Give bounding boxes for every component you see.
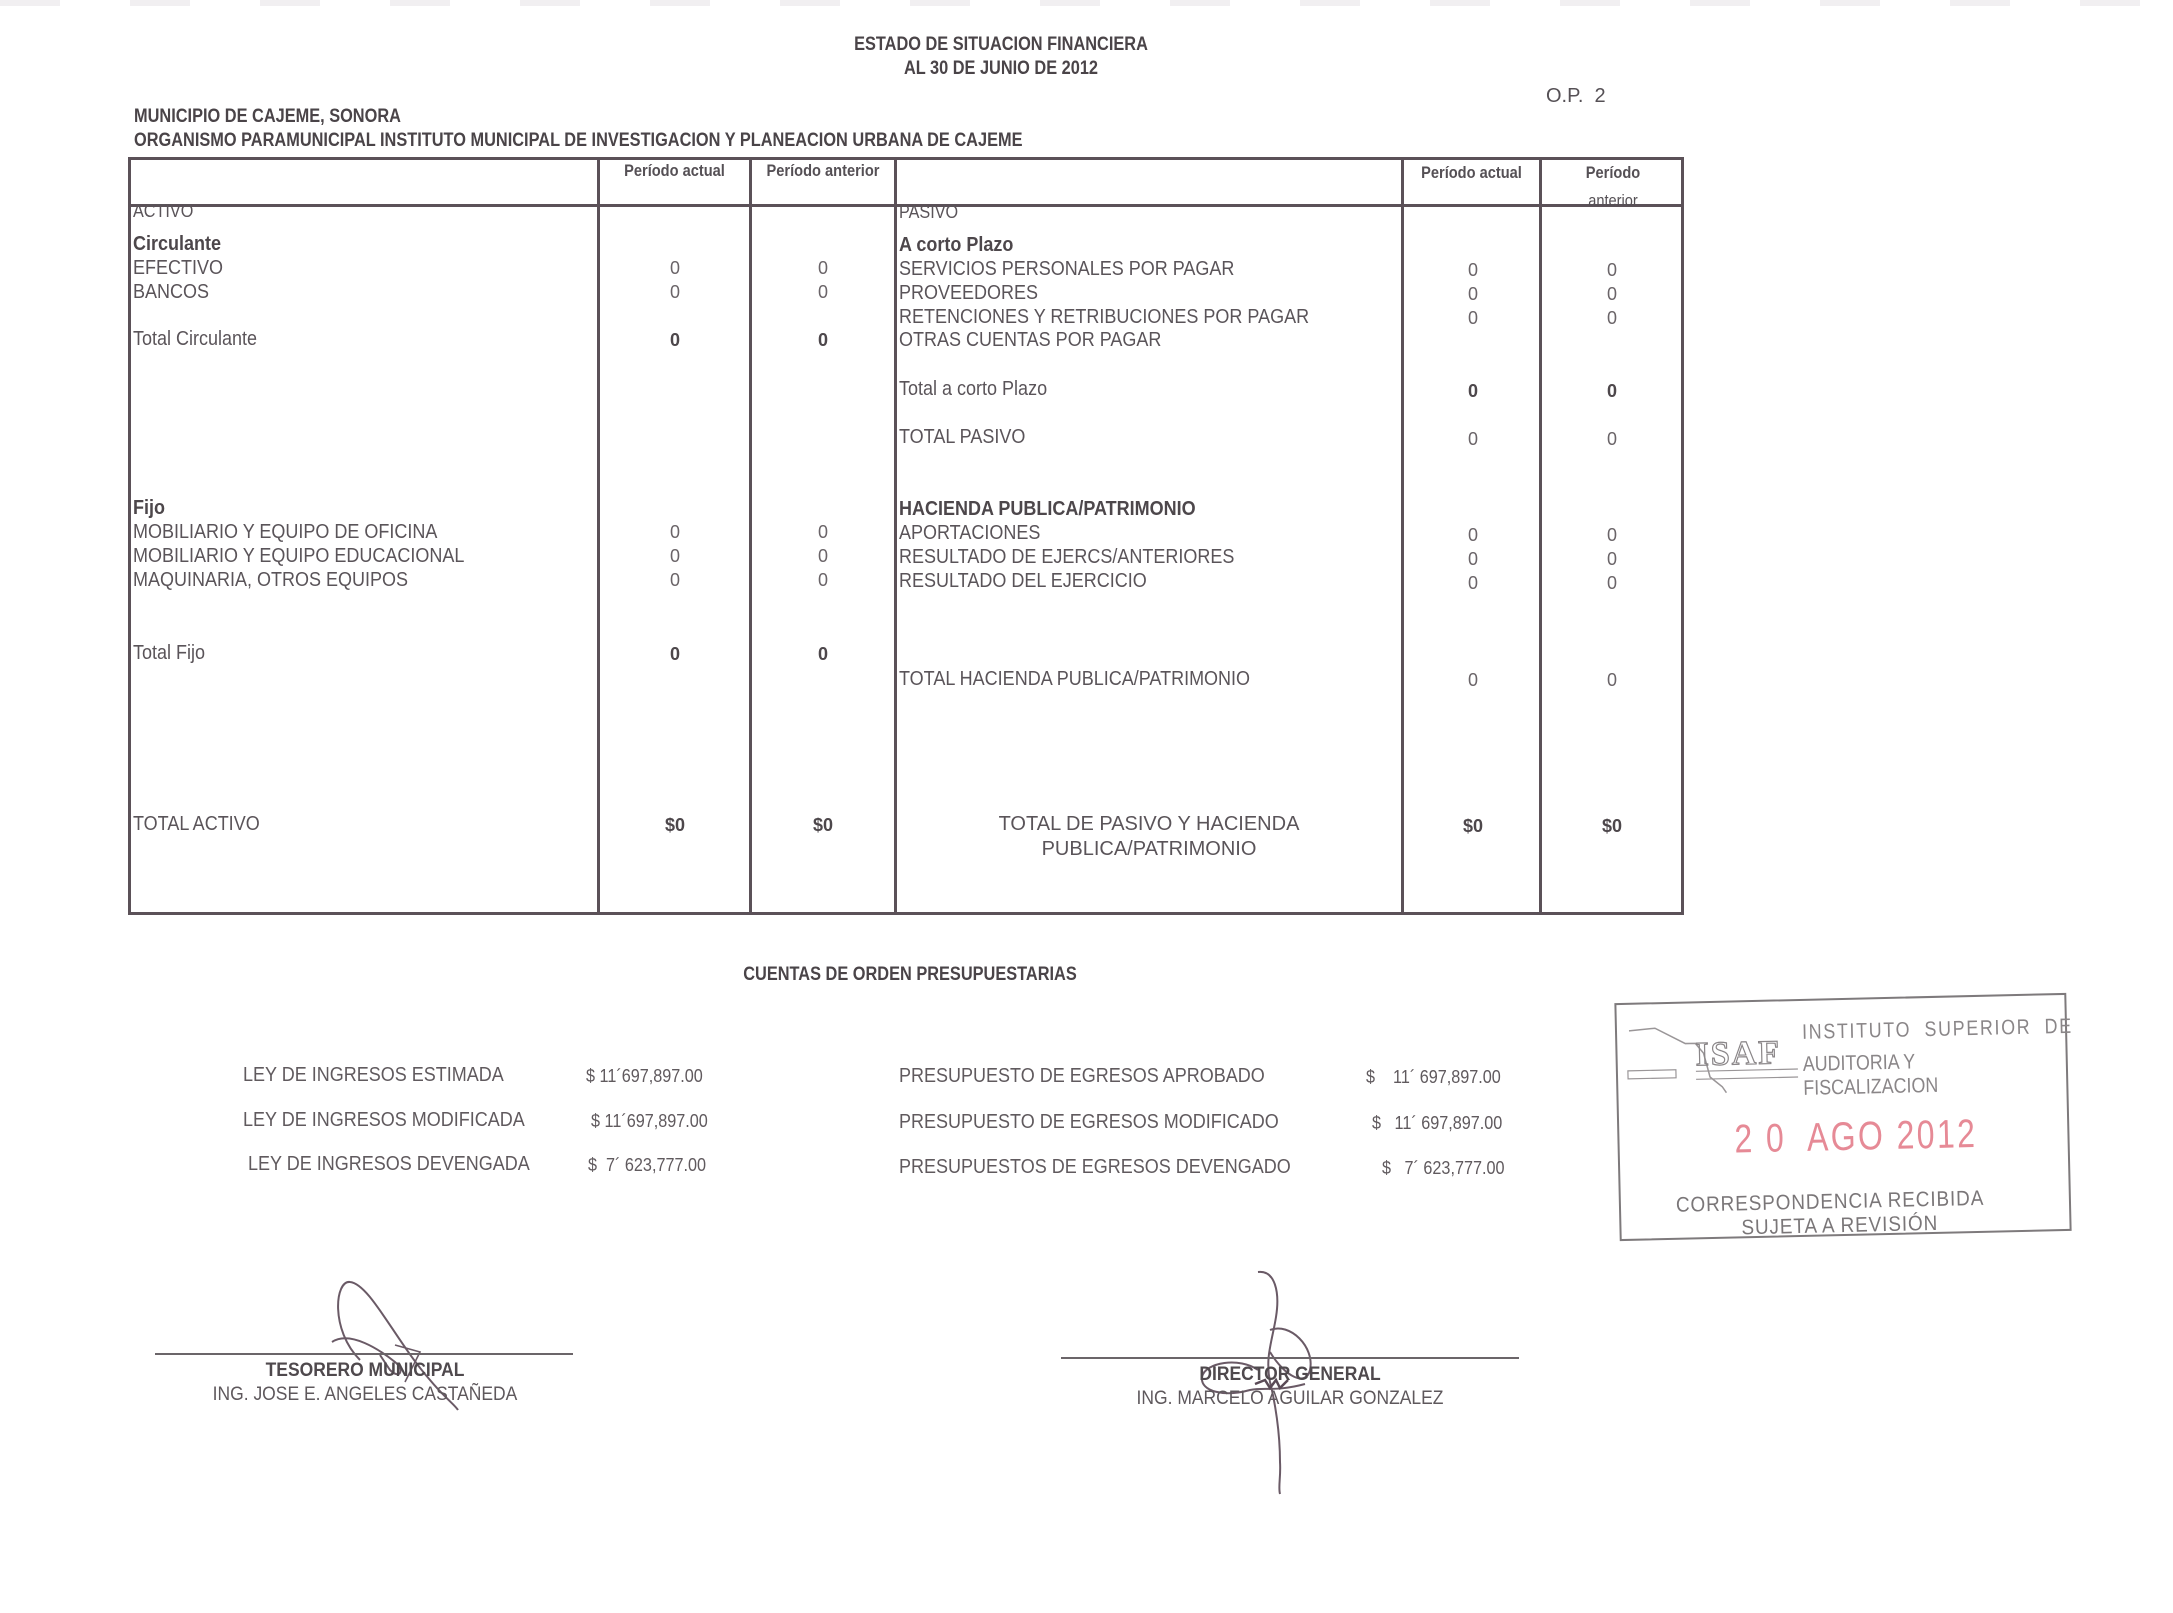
row-value-actual: 0 <box>1443 523 1503 547</box>
row-value-actual: 0 <box>1443 258 1503 282</box>
row-label: OTRAS CUENTAS POR PAGAR <box>899 328 1161 352</box>
stamp-line3: CORRESPONDENCIA RECIBIDA <box>1676 1187 1985 1218</box>
row-label-total-hacienda: TOTAL HACIENDA PUBLICA/PATRIMONIO <box>899 667 1250 691</box>
entity-name: MUNICIPIO DE CAJEME, SONORA <box>134 106 401 128</box>
row-value-actual: 0 <box>645 256 705 280</box>
total-pasivo-hacienda-line2: PUBLICA/PATRIMONIO <box>897 837 1401 862</box>
budget-label: PRESUPUESTOS DE EGRESOS DEVENGADO <box>899 1156 1291 1179</box>
row-value-anterior: 0 <box>1582 547 1642 571</box>
total-pasivo-hacienda-line1: TOTAL DE PASIVO Y HACIENDA <box>897 812 1401 837</box>
row-label: APORTACIONES <box>899 521 1040 545</box>
budget-value: $ 11´697,897.00 <box>586 1066 703 1087</box>
col-header-anterior-right: Período anterior <box>1552 159 1674 215</box>
signatory-name-treasurer: ING. JOSE E. ANGELES CASTAÑEDA <box>181 1384 549 1406</box>
row-value-actual: 0 <box>645 280 705 304</box>
budget-label: LEY DE INGRESOS ESTIMADA <box>243 1064 504 1087</box>
row-label: PROVEEDORES <box>899 281 1038 305</box>
row-value-actual: 0 <box>1443 668 1503 692</box>
row-value-actual: 0 <box>1443 306 1503 330</box>
row-value-anterior: 0 <box>1582 571 1642 595</box>
signatory-role-director: DIRECTOR GENERAL <box>1124 1364 1455 1386</box>
row-label-total-pasivo: TOTAL PASIVO <box>899 425 1025 449</box>
budget-value: $ 11´697,897.00 <box>591 1111 708 1132</box>
row-value-actual: 0 <box>645 544 705 568</box>
row-value-actual: 0 <box>1443 379 1503 403</box>
budget-label: PRESUPUESTO DE EGRESOS APROBADO <box>899 1065 1265 1088</box>
row-value-anterior: 0 <box>793 256 853 280</box>
row-value-anterior: 0 <box>1582 306 1642 330</box>
row-value-anterior: 0 <box>793 642 853 666</box>
row-value-actual: 0 <box>1443 571 1503 595</box>
cuentas-orden-title: CUENTAS DE ORDEN PRESUPUESTARIAS <box>695 964 1125 986</box>
row-label: EFECTIVO <box>133 256 223 280</box>
signatory-name-director: ING. MARCELO AGUILAR GONZALEZ <box>1106 1388 1474 1410</box>
row-label: MAQUINARIA, OTROS EQUIPOS <box>133 568 408 592</box>
document-title: ESTADO DE SITUACION FINANCIERA <box>851 34 1152 56</box>
row-label-total-pasivo-hacienda: TOTAL DE PASIVO Y HACIENDA PUBLICA/PATRI… <box>897 812 1401 862</box>
budget-value: $ 7´ 623,777.00 <box>1382 1158 1504 1179</box>
row-label: RETENCIONES Y RETRIBUCIONES POR PAGAR <box>899 305 1309 329</box>
row-value-anterior: 0 <box>1582 427 1642 451</box>
stamp-line4: SUJETA A REVISIÓN <box>1741 1212 1938 1240</box>
row-label: MOBILIARIO Y EQUIPO EDUCACIONAL <box>133 544 464 568</box>
group-corto-plazo: A corto Plazo <box>899 233 1013 257</box>
budget-value: $ 11´ 697,897.00 <box>1366 1067 1501 1088</box>
row-value-anterior: 0 <box>1582 282 1642 306</box>
col-divider <box>1539 157 1542 915</box>
col-header-anterior-left: Período anterior <box>762 157 884 185</box>
row-value-actual: 0 <box>645 642 705 666</box>
row-value-anterior: 0 <box>793 568 853 592</box>
isaf-logo-icon: ISAF <box>1625 1015 1802 1099</box>
document-date: AL 30 DE JUNIO DE 2012 <box>851 58 1152 80</box>
row-label-total-activo: TOTAL ACTIVO <box>133 812 260 836</box>
row-value-anterior: 0 <box>793 328 853 352</box>
col-divider <box>749 157 752 915</box>
row-value-actual: 0 <box>1443 282 1503 306</box>
budget-value: $ 7´ 623,777.00 <box>588 1155 706 1176</box>
row-value-actual: 0 <box>1443 547 1503 571</box>
scan-artifact <box>0 0 2173 6</box>
stamp-line2: AUDITORIA Y FISCALIZACION <box>1803 1048 2028 1101</box>
col-header-anterior-line2: anterior <box>1552 187 1674 215</box>
budget-label: PRESUPUESTO DE EGRESOS MODIFICADO <box>899 1111 1279 1134</box>
row-value-actual: 0 <box>645 568 705 592</box>
svg-text:ISAF: ISAF <box>1695 1034 1781 1073</box>
stamp-date: 2 0 AGO 2012 <box>1734 1112 1978 1162</box>
group-circulante: Circulante <box>133 232 221 256</box>
signature-line-director <box>1061 1357 1519 1359</box>
col-header-anterior-line1: Período <box>1552 159 1674 187</box>
row-value-anterior: 0 <box>793 544 853 568</box>
col-header-actual-left: Período actual <box>610 157 738 185</box>
row-label-total: Total Circulante <box>133 327 257 351</box>
signature-line-treasurer <box>155 1353 573 1355</box>
budget-label: LEY DE INGRESOS MODIFICADA <box>243 1109 525 1132</box>
row-value-actual: $0 <box>1443 814 1503 838</box>
row-label: BANCOS <box>133 280 209 304</box>
budget-label: LEY DE INGRESOS DEVENGADA <box>248 1153 530 1176</box>
signature-director-icon <box>1180 1262 1370 1512</box>
row-value-anterior: $0 <box>1582 814 1642 838</box>
organism-name: ORGANISMO PARAMUNICIPAL INSTITUTO MUNICI… <box>134 130 1022 152</box>
col-divider <box>894 157 897 915</box>
row-value-anterior: 0 <box>1582 379 1642 403</box>
row-label: RESULTADO DE EJERCS/ANTERIORES <box>899 545 1234 569</box>
row-value-actual: 0 <box>645 328 705 352</box>
row-value-anterior: 0 <box>793 520 853 544</box>
section-activo: ACTIVO <box>133 199 193 223</box>
row-value-anterior: 0 <box>1582 258 1642 282</box>
row-value-anterior: 0 <box>1582 523 1642 547</box>
page-reference: O.P. 2 <box>1546 85 1606 108</box>
row-label: RESULTADO DEL EJERCICIO <box>899 569 1147 593</box>
received-stamp: ISAF INSTITUTO SUPERIOR DE AUDITORIA Y F… <box>1614 993 2071 1241</box>
col-divider <box>597 157 600 915</box>
row-label-total: Total a corto Plazo <box>899 377 1047 401</box>
row-value-actual: 0 <box>1443 427 1503 451</box>
col-divider <box>1401 157 1404 915</box>
section-pasivo: PASIVO <box>899 200 958 224</box>
stamp-line1: INSTITUTO SUPERIOR DE <box>1802 1015 2073 1045</box>
row-value-anterior: 0 <box>1582 668 1642 692</box>
budget-value: $ 11´ 697,897.00 <box>1372 1113 1502 1134</box>
group-hacienda: HACIENDA PUBLICA/PATRIMONIO <box>899 497 1196 521</box>
row-label: SERVICIOS PERSONALES POR PAGAR <box>899 257 1234 281</box>
row-value-anterior: $0 <box>793 813 853 837</box>
row-value-actual: $0 <box>645 813 705 837</box>
row-value-anterior: 0 <box>793 280 853 304</box>
group-fijo: Fijo <box>133 496 165 520</box>
row-label: MOBILIARIO Y EQUIPO DE OFICINA <box>133 520 437 544</box>
col-header-actual-right: Período actual <box>1413 159 1529 187</box>
row-label-total: Total Fijo <box>133 641 205 665</box>
row-value-actual: 0 <box>645 520 705 544</box>
signatory-role-treasurer: TESORERO MUNICIPAL <box>195 1360 535 1382</box>
